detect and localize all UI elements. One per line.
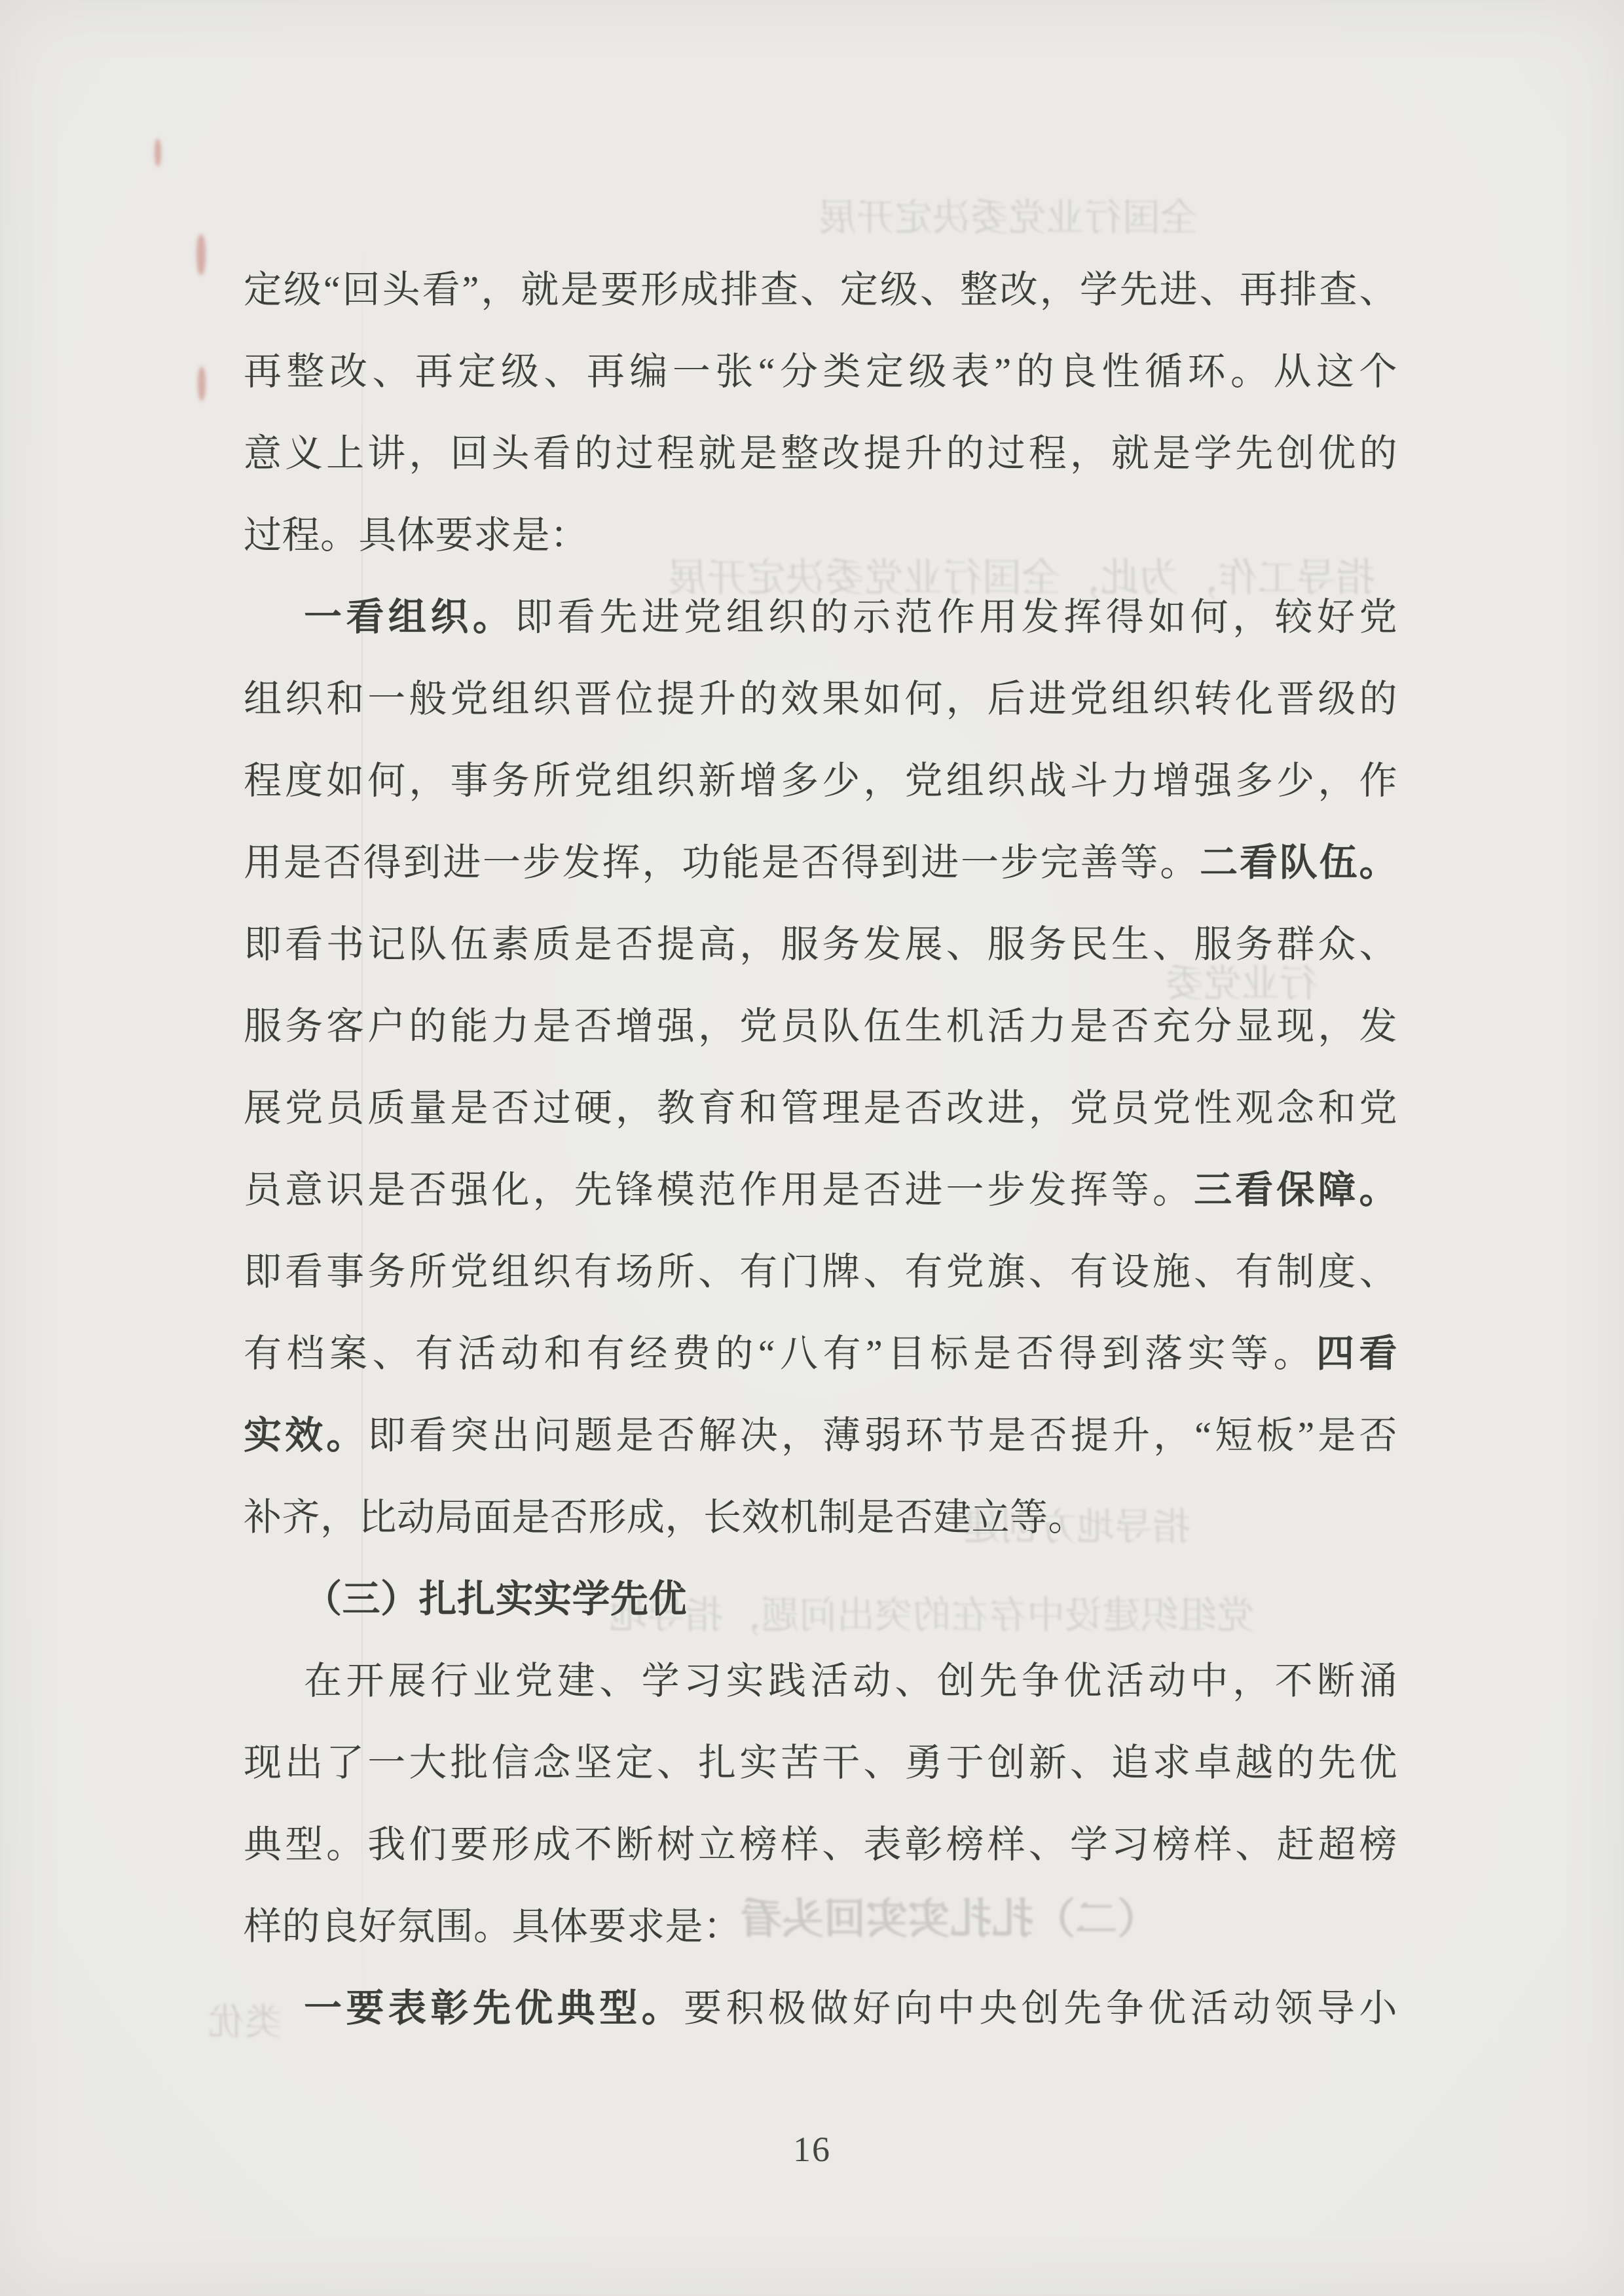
body-text-segment: 即看事务所党组织有场所、有门牌、有党旗、有设施、有制度、 [244, 1250, 1397, 1293]
body-text-segment: 二看队伍。 [1200, 841, 1397, 884]
body-text-segment: 现出了一大批信念坚定、扎实苦干、勇于创新、追求卓越的先优 [244, 1741, 1397, 1784]
body-text-segment: 即看书记队伍素质是否提高，服务发展、服务民生、服务群众、 [244, 923, 1397, 966]
body-line: 意义上讲，回头看的过程就是整改提升的过程，就是学先创优的 [244, 412, 1397, 494]
body-text-segment: 过程。具体要求是： [244, 514, 589, 556]
document-body: 定级“回头看”，就是要形成排查、定级、整改，学先进、再排查、再整改、再定级、再编… [244, 249, 1397, 2049]
body-line: 即看书记队伍素质是否提高，服务发展、服务民生、服务群众、 [244, 903, 1397, 985]
red-ink-mark [155, 139, 161, 166]
body-text-segment: 四看 [1316, 1332, 1397, 1375]
body-text-segment: 意义上讲，回头看的过程就是整改提升的过程，就是学先创优的 [244, 432, 1397, 475]
body-line: 实效。即看突出问题是否解决，薄弱环节是否提升，“短板”是否 [244, 1394, 1397, 1476]
body-text-segment: 一看组织。 [304, 596, 515, 638]
red-ink-mark [198, 367, 206, 401]
body-line: （三）扎扎实实学先优 [244, 1558, 1397, 1640]
body-line: 样的良好氛围。具体要求是： [244, 1886, 1397, 1967]
body-line: 展党员质量是否过硬，教育和管理是否改进，党员党性观念和党 [244, 1067, 1397, 1149]
body-line: 定级“回头看”，就是要形成排查、定级、整改，学先进、再排查、 [244, 249, 1397, 331]
body-text-segment: 展党员质量是否过硬，教育和管理是否改进，党员党性观念和党 [244, 1087, 1397, 1129]
body-line: 即看事务所党组织有场所、有门牌、有党旗、有设施、有制度、 [244, 1231, 1397, 1313]
body-text-segment: 样的良好氛围。具体要求是： [244, 1905, 742, 1948]
body-text-segment: 程度如何，事务所党组织新增多少，党组织战斗力增强多少，作 [244, 759, 1397, 802]
body-line: 用是否得到进一步发挥，功能是否得到进一步完善等。二看队伍。 [244, 822, 1397, 903]
body-line: 服务客户的能力是否增强，党员队伍生机活力是否充分显现，发 [244, 985, 1397, 1067]
body-text-segment: 三看保障。 [1194, 1169, 1397, 1211]
body-line: 在开展行业党建、学习实践活动、创先争优活动中，不断涌 [244, 1640, 1397, 1722]
body-text-segment: 典型。我们要形成不断树立榜样、表彰榜样、学习榜样、赶超榜 [244, 1823, 1397, 1866]
bleed-through-text: 全国行业党委决定开展 [819, 187, 1198, 242]
body-text-segment: （三）扎扎实实学先优 [304, 1578, 687, 1620]
red-ink-mark [196, 234, 206, 275]
body-text-segment: 要积极做好向中央创先争优活动领导小 [684, 1987, 1397, 2030]
body-line: 程度如何，事务所党组织新增多少，党组织战斗力增强多少，作 [244, 740, 1397, 822]
body-text-segment: 一要表彰先优典型。 [304, 1987, 684, 2030]
body-line: 组织和一般党组织晋位提升的效果如何，后进党组织转化晋级的 [244, 658, 1397, 740]
body-text-segment: 用是否得到进一步发挥，功能是否得到进一步完善等。 [244, 841, 1200, 884]
body-text-segment: 即看突出问题是否解决，薄弱环节是否提升，“短板”是否 [367, 1414, 1397, 1457]
body-line: 员意识是否强化，先锋模范作用是否进一步发挥等。三看保障。 [244, 1149, 1397, 1231]
body-text-segment: 服务客户的能力是否增强，党员队伍生机活力是否充分显现，发 [244, 1005, 1397, 1048]
body-text-segment: 补齐，比动局面是否形成，长效机制是否建立等。 [244, 1496, 1086, 1539]
body-text-segment: 实效。 [244, 1414, 367, 1457]
body-line: 一要表彰先优典型。要积极做好向中央创先争优活动领导小 [244, 1967, 1397, 2049]
body-line: 现出了一大批信念坚定、扎实苦干、勇于创新、追求卓越的先优 [244, 1722, 1397, 1804]
body-text-segment: 在开展行业党建、学习实践活动、创先争优活动中，不断涌 [304, 1660, 1397, 1702]
body-line: 过程。具体要求是： [244, 494, 1397, 576]
body-text-segment: 再整改、再定级、再编一张“分类定级表”的良性循环。从这个 [244, 350, 1397, 393]
body-text-segment: 有档案、有活动和有经费的“八有”目标是否得到落实等。 [244, 1332, 1316, 1375]
page-number: 16 [0, 2129, 1624, 2170]
body-line: 有档案、有活动和有经费的“八有”目标是否得到落实等。四看 [244, 1313, 1397, 1394]
body-line: 典型。我们要形成不断树立榜样、表彰榜样、学习榜样、赶超榜 [244, 1804, 1397, 1886]
body-text-segment: 员意识是否强化，先锋模范作用是否进一步发挥等。 [244, 1169, 1194, 1211]
body-line: 补齐，比动局面是否形成，长效机制是否建立等。 [244, 1476, 1397, 1558]
body-text-segment: 定级“回头看”，就是要形成排查、定级、整改，学先进、再排查、 [244, 268, 1397, 311]
body-text-segment: 组织和一般党组织晋位提升的效果如何，后进党组织转化晋级的 [244, 678, 1397, 720]
body-line: 再整改、再定级、再编一张“分类定级表”的良性循环。从这个 [244, 331, 1397, 412]
body-text-segment: 即看先进党组织的示范作用发挥得如何，较好党 [515, 596, 1397, 638]
scanned-page: 全国行业党委决定开展指导工作，为此，全国行业党委决定开展行业党委指导地方创建党组… [0, 0, 1624, 2296]
body-line: 一看组织。即看先进党组织的示范作用发挥得如何，较好党 [244, 576, 1397, 658]
